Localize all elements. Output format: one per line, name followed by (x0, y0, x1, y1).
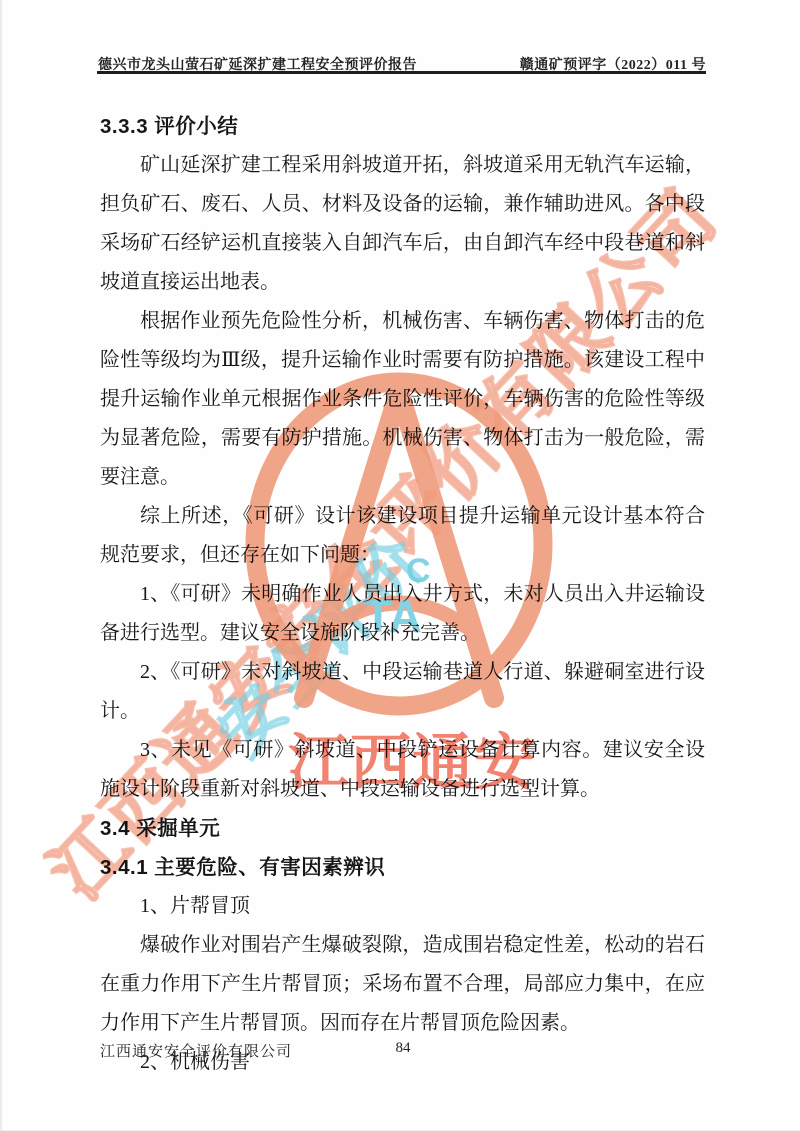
paragraph: 根据作业预先危险性分析，机械伤害、车辆伤害、物体打击的危险性等级均为Ⅲ级，提升运… (100, 302, 705, 497)
page-footer: 江西通安安全评价有限公司 84 (100, 1040, 706, 1062)
section-heading: 3.4 采掘单元 (100, 809, 705, 848)
header-rule (97, 71, 706, 74)
paragraph: 1、《可研》未明确作业人员出入井方式，未对人员出入井运输设备进行选型。建议安全设… (100, 575, 705, 653)
document-page: 德兴市龙头山萤石矿延深扩建工程安全预评价报告 赣通矿预评字（2022）011 号… (0, 0, 800, 1131)
footer-page-number: 84 (100, 1040, 706, 1057)
paragraph: 3、未见《可研》斜坡道、中段铲运设备计算内容。建议安全设施设计阶段重新对斜坡道、… (100, 731, 705, 809)
section-heading: 3.3.3 评价小结 (100, 107, 705, 146)
section-heading: 3.4.1 主要危险、有害因素辨识 (100, 848, 705, 887)
paragraph: 2、《可研》未对斜坡道、中段运输巷道人行道、躲避硐室进行设计。 (100, 653, 705, 731)
paragraph: 矿山延深扩建工程采用斜坡道开拓，斜坡道采用无轨汽车运输，担负矿石、废石、人员、材… (100, 146, 705, 302)
paragraph: 爆破作业对围岩产生爆破裂隙，造成围岩稳定性差，松动的岩石在重力作用下产生片帮冒顶… (100, 926, 705, 1043)
document-body: 3.3.3 评价小结矿山延深扩建工程采用斜坡道开拓，斜坡道采用无轨汽车运输，担负… (100, 107, 705, 1082)
paragraph: 1、片帮冒顶 (100, 887, 705, 926)
paragraph: 综上所述，《可研》设计该建设项目提升运输单元设计基本符合规范要求，但还存在如下问… (100, 497, 705, 575)
